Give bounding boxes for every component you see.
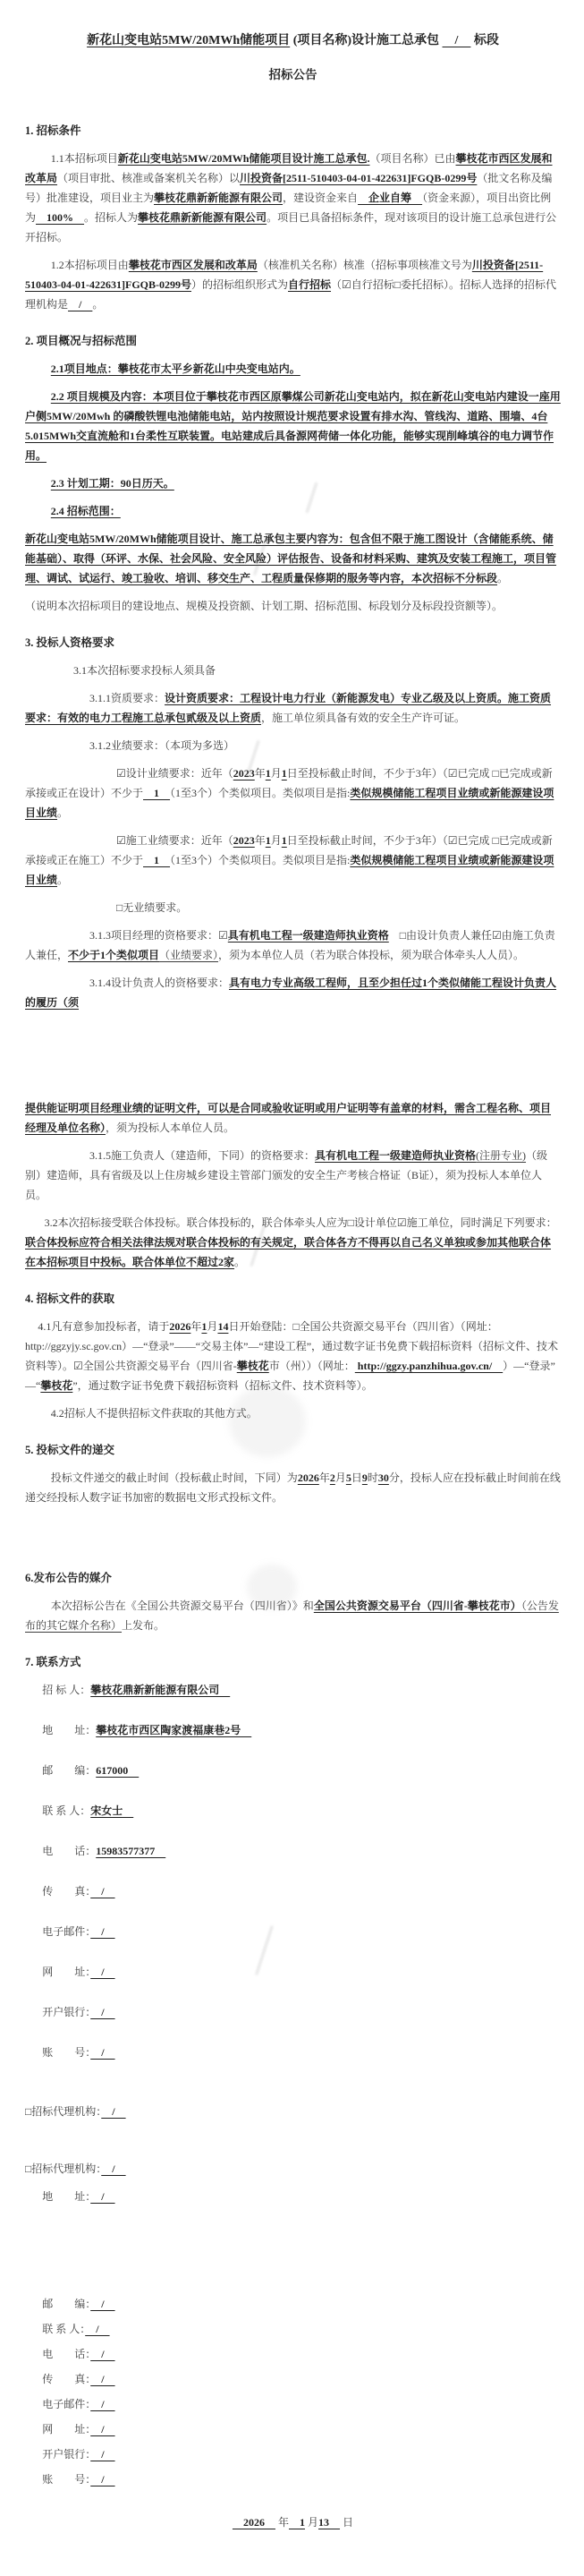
contact-line: 联 系 人：宋女士: [25, 1801, 561, 1821]
text-run: 1.1本招标项目: [51, 152, 118, 165]
filled-blank: 攀枝花鼎新新能源有限公司: [138, 211, 267, 224]
text-run: 4. 招标文件的获取: [25, 1292, 114, 1305]
text-run: 5. 投标文件的递交: [25, 1444, 114, 1456]
text-run: 。: [57, 806, 68, 819]
document-title: 新花山变电站5MW/20MWh储能项目 (项目名称)设计施工总承包 / 标段: [25, 30, 561, 52]
filled-blank: 2023: [233, 767, 255, 780]
filled-blank: 1: [143, 787, 170, 799]
filled-blank: 1: [289, 2516, 305, 2529]
text-run: 年: [190, 1320, 201, 1333]
text-run: 2. 项目概况与招标范围: [25, 335, 137, 347]
filled-blank: 攀枝花: [40, 1379, 72, 1392]
text-run: 时: [368, 1471, 378, 1484]
text-run: (项目名称)设计施工总承包: [290, 34, 442, 47]
filled-blank: 2.1项目地点：攀枝花市太平乡新花山中央变电站内。: [51, 363, 300, 375]
contact-line: 开户银行： /: [25, 2444, 561, 2464]
filled-blank: 2026: [169, 1320, 190, 1333]
text-run: 传 真：: [42, 1885, 90, 1898]
text-run: 月: [271, 767, 282, 780]
filled-blank: /: [90, 1885, 114, 1898]
filled-blank: 联合体投标应符合相关法律法规对联合体投标的有关规定，联合体各方不得再以自己名义单…: [25, 1236, 551, 1268]
filled-blank: 川投资备[2511-510403-04-01-422631]FGQB-0299号: [240, 172, 477, 184]
text-run: 日: [340, 2516, 353, 2529]
text-run: 7. 联系方式: [25, 1656, 81, 1668]
filled-blank: 具有机电工程一级建造师执业资格: [228, 929, 389, 942]
filled-blank: 2.3 计划工期：90日历天。: [51, 477, 174, 490]
paragraph: ☑施工业绩要求：近年（2023年1月1日至投标截止时间，不少于3年）（☑已完成 …: [25, 831, 561, 890]
text-run: 月: [207, 1320, 217, 1333]
paragraph: 4.1凡有意参加投标者，请于2026年1月14日开始登陆：□全国公共资源交易平台…: [25, 1317, 561, 1395]
paragraph: 1.2本招标项目由攀枝花市西区发展和改革局（核准机关名称）核准（招标事项核准文号…: [25, 255, 561, 314]
filled-blank: /: [85, 2323, 109, 2335]
section-heading: 1. 招标条件: [25, 121, 561, 141]
contact-line: 电子邮件： /: [25, 1922, 561, 1941]
filled-blank: 企业自筹: [358, 192, 422, 204]
text-run: 。招标人为: [84, 211, 138, 224]
text-run: 联 系 人：: [42, 1804, 90, 1817]
text-run: 4.2招标人不提供招标文件获取的其他方式。: [51, 1407, 258, 1420]
text-run: 3.1.2业绩要求：（本项为多选）: [89, 739, 234, 752]
text-run: 投标文件递交的截止时间（投标截止时间，下同）为: [51, 1471, 298, 1484]
filled-blank: /: [90, 2190, 114, 2203]
text-run: 邮 编：: [42, 2298, 90, 2310]
text-run: 招 标 人：: [42, 1684, 90, 1696]
filled-blank: 新花山变电站5MW/20MWh储能项目: [87, 34, 290, 47]
text-run: 3.1.4设计负责人的资格要求：: [89, 977, 229, 989]
paragraph: 3.1.5施工负责人（建造师，下同）的资格要求：具有机电工程一级建造师执业资格(…: [25, 1146, 561, 1205]
text-run: 日: [351, 1471, 362, 1484]
filled-blank: /: [90, 2046, 114, 2059]
filled-blank: /: [68, 298, 92, 311]
filled-blank: /: [90, 1925, 114, 1938]
filled-blank: 全国公共资源交易平台（四川省-攀枝花市）: [314, 1599, 521, 1612]
paragraph: 本次招标公告在《全国公共资源交易平台（四川省）》和全国公共资源交易平台（四川省-…: [25, 1596, 561, 1635]
filled-blank: /: [90, 2423, 114, 2435]
section-heading: 3. 投标人资格要求: [25, 633, 561, 653]
underlined-blank: (注册专业): [476, 1149, 526, 1162]
text-run: 1.2本招标项目由: [51, 259, 129, 271]
text-run: 账 号：: [42, 2046, 90, 2059]
text-run: 开户银行：: [42, 2006, 90, 2018]
contact-line: 传 真： /: [25, 2369, 561, 2389]
filled-blank: http://ggzy.panzhihua.gov.cn/: [355, 1360, 503, 1372]
page-gap: [25, 2495, 561, 2500]
filled-blank: 新花山变电站5MW/20MWh储能项目设计施工总承包.: [118, 152, 370, 165]
text-run: 。: [57, 874, 68, 886]
filled-blank: 攀枝花市西区发展和改革局: [129, 259, 258, 271]
text-run: 月: [305, 2516, 318, 2529]
section-heading: 7. 联系方式: [25, 1652, 561, 1672]
text-run: ”，通过数字证书免费下载招标资料（招标文件、技术资料等）。: [72, 1379, 372, 1392]
text-run: 3.2本次招标接受联合体投标。联合体投标的，联合体牵头人应为□设计单位☑施工单位…: [45, 1216, 557, 1229]
text-run: ，须为本单位人员（若为联合体投标，须为联合体牵头人人员）。: [218, 949, 524, 961]
text-run: ，建设资金来自: [283, 192, 358, 204]
paragraph: 4.2招标人不提供招标文件获取的其他方式。: [25, 1403, 561, 1423]
filled-blank: 自行招标: [288, 278, 331, 291]
text-run: 年: [275, 2516, 289, 2529]
tender-announcement-document: 新花山变电站5MW/20MWh储能项目 (项目名称)设计施工总承包 / 标段 招…: [0, 0, 584, 2576]
text-run: （项目审批、核准或备案机关名称）以: [57, 172, 240, 184]
paragraph: 3.1.4设计负责人的资格要求：具有电力专业高级工程师，且至少担任过1个类似储能…: [25, 973, 561, 1012]
paragraph: （说明本次招标项目的建设地点、规模及投资额、计划工期、招标范围、标段划分及标段投…: [25, 596, 561, 616]
text-run: 3.1.1资质要求：: [89, 692, 165, 704]
filled-blank: 宋女士: [90, 1804, 133, 1817]
contact-line: 网 址： /: [25, 2419, 561, 2439]
paragraph: □无业绩要求。: [25, 898, 561, 917]
text-run: 邮 编：: [42, 1764, 96, 1777]
filled-blank: /: [90, 2473, 114, 2486]
contact-line: 联 系 人： /: [25, 2319, 561, 2339]
text-run: 年: [255, 767, 266, 780]
text-run: □招标代理机构：: [25, 2162, 101, 2175]
text-run: 。: [92, 298, 103, 311]
paragraph: 3.2本次招标接受联合体投标。联合体投标的，联合体牵头人应为□设计单位☑施工单位…: [25, 1213, 561, 1272]
paragraph: 2.4 招标范围：: [25, 501, 561, 521]
page-gap: [25, 100, 561, 104]
contact-line: 开户银行： /: [25, 2002, 561, 2022]
text-run: 账 号：: [42, 2473, 90, 2486]
text-run: 市（州））（网址：: [269, 1360, 355, 1372]
text-run: □招标代理机构：: [25, 2105, 101, 2118]
filled-blank: 不少于1个类似项目: [68, 949, 159, 961]
contact-line: 地 址： /: [25, 2187, 561, 2206]
text-run: 地 址：: [42, 2190, 90, 2203]
filled-blank: 13: [318, 2516, 340, 2529]
filled-blank: /: [443, 34, 471, 47]
contact-line: 电子邮件： /: [25, 2394, 561, 2414]
text-run: 网 址：: [42, 1966, 90, 1978]
text-run: （1至3个）个类似项目。类似项目是指:: [170, 854, 350, 866]
filled-blank: 30: [378, 1471, 389, 1484]
text-run: 网 址：: [42, 2423, 90, 2435]
filled-blank: /: [90, 2348, 114, 2360]
contact-line: 电 话： /: [25, 2344, 561, 2364]
filled-blank: 2023: [233, 834, 255, 847]
filled-blank: 攀枝花鼎新新能源有限公司: [90, 1684, 230, 1696]
text-run: 3.1本次招标要求投标人须具备: [73, 664, 216, 677]
paragraph: 3.1.3项目经理的资格要求：☑具有机电工程一级建造师执业资格 □由设计负责人兼…: [25, 925, 561, 965]
section-heading: 2. 项目概况与招标范围: [25, 331, 561, 351]
text-run: 3.1.5施工负责人（建造师，下同）的资格要求：: [89, 1149, 315, 1162]
paragraph: 新花山变电站5MW/20MWh储能项目设计、施工总承包主要内容为：包含但不限于施…: [25, 529, 561, 588]
filled-blank: /: [90, 2006, 114, 2018]
page-gap: [25, 2212, 561, 2294]
filled-blank: /: [90, 2398, 114, 2410]
filled-blank: /: [90, 2448, 114, 2461]
paragraph: 提供能证明项目经理业绩的证明文件，可以是合同或验收证明或用户证明等有盖章的材料，…: [25, 1098, 561, 1138]
contact-line: 网 址： /: [25, 1962, 561, 1982]
text-run: ☑设计业绩要求：近年（: [116, 767, 233, 780]
page-gap: [25, 1020, 561, 1090]
text-run: 电 话：: [42, 2348, 90, 2360]
text-run: 电子邮件：: [42, 1925, 90, 1938]
text-run: 开户银行：: [42, 2448, 90, 2461]
text-run: 电 话：: [42, 1845, 96, 1857]
text-run: 联 系 人：: [42, 2323, 85, 2335]
page-gap: [25, 2129, 561, 2151]
filled-blank: 攀枝花市西区陶家渡福康巷2号: [96, 1724, 251, 1736]
section-heading: 4. 招标文件的获取: [25, 1289, 561, 1309]
text-run: 3. 投标人资格要求: [25, 636, 114, 649]
filled-blank: 攀枝花鼎新新能源有限公司: [154, 192, 283, 204]
text-run: 3.1.3项目经理的资格要求：☑: [89, 929, 228, 942]
contact-line: 电 话：15983577377: [25, 1841, 561, 1861]
filled-blank: 具有机电工程一级建造师执业资格: [315, 1149, 476, 1162]
text-run: ）的招标组织形式为: [191, 278, 288, 291]
paragraph: 3.1.2业绩要求：（本项为多选）: [25, 736, 561, 755]
text-run: □无业绩要求。: [116, 901, 187, 914]
filled-blank: 617000: [96, 1764, 139, 1777]
paragraph: □招标代理机构： /: [25, 2159, 561, 2179]
filled-blank: 2.4 招标范围：: [51, 505, 121, 517]
paragraph: 2.1项目地点：攀枝花市太平乡新花山中央变电站内。: [25, 359, 561, 379]
page-gap: [25, 2083, 561, 2094]
paragraph: □招标代理机构： /: [25, 2102, 561, 2121]
text-run: 。: [497, 572, 508, 584]
filled-blank: 14: [217, 1320, 228, 1333]
text-run: （说明本次招标项目的建设地点、规模及投资额、计划工期、招标范围、标段划分及标段投…: [25, 600, 503, 612]
section-heading: 6.发布公告的媒介: [25, 1568, 561, 1588]
text-run: ，须为投标人本单位人员。: [106, 1122, 234, 1134]
text-run: （核准机关名称）核准（招标事项核准文号为: [258, 259, 472, 271]
text-run: 上发布。: [122, 1619, 165, 1632]
date-line: 2026 年 1 月13 日: [25, 2512, 561, 2532]
filled-blank: 15983577377: [96, 1845, 165, 1857]
page-gap: [25, 1515, 561, 1551]
contact-line: 邮 编： /: [25, 2294, 561, 2314]
text-run: 。: [234, 1256, 245, 1268]
text-run: 本次招标公告在《全国公共资源交易平台（四川省）》和: [51, 1599, 314, 1612]
section-heading: 5. 投标文件的递交: [25, 1440, 561, 1460]
filled-blank: 1: [143, 854, 170, 866]
filled-blank: 2.2 项目规模及内容：本项目位于攀枝花市西区原攀煤公司新花山变电站内，拟在新花…: [25, 390, 561, 462]
underlined-blank: （业绩要求）: [159, 949, 218, 961]
text-run: 1. 招标条件: [25, 124, 81, 137]
text-run: 地 址：: [42, 1724, 96, 1736]
filled-blank: 攀枝花: [237, 1360, 269, 1372]
text-run: 年: [255, 834, 266, 847]
filled-blank: 2026: [233, 2516, 275, 2529]
paragraph: 3.1.1资质要求：设计资质要求：工程设计电力行业（新能源发电）专业乙级及以上资…: [25, 688, 561, 728]
filled-blank: 提供能证明项目经理业绩的证明文件，可以是合同或验收证明或用户证明等有盖章的材料，…: [25, 1102, 551, 1134]
contact-line: 招 标 人：攀枝花鼎新新能源有限公司: [25, 1680, 561, 1700]
text-run: 6.发布公告的媒介: [25, 1572, 112, 1584]
document-subtitle: 招标公告: [25, 64, 561, 86]
text-run: ☑施工业绩要求：近年（: [116, 834, 233, 847]
contact-line: 账 号： /: [25, 2043, 561, 2062]
filled-blank: /: [90, 1966, 114, 1978]
text-run: ，施工单位须具备有效的安全生产许可证。: [261, 712, 465, 724]
text-run: 标段: [470, 34, 499, 47]
contact-line: 邮 编：617000: [25, 1761, 561, 1780]
text-run: 电子邮件：: [42, 2398, 90, 2410]
text-run: 传 真：: [42, 2373, 90, 2385]
filled-blank: /: [101, 2162, 125, 2175]
text-run: 月: [271, 834, 282, 847]
paragraph: ☑设计业绩要求：近年（2023年1月1日至投标截止时间，不少于3年）（☑已完成 …: [25, 763, 561, 823]
text-run: 4.1凡有意参加投标者，请于: [38, 1320, 169, 1333]
paragraph: 2.3 计划工期：90日历天。: [25, 473, 561, 493]
contact-line: 地 址：攀枝花市西区陶家渡福康巷2号: [25, 1720, 561, 1740]
paragraph: 3.1本次招标要求投标人须具备: [25, 661, 561, 680]
filled-blank: /: [90, 2298, 114, 2310]
paragraph: 1.1本招标项目新花山变电站5MW/20MWh储能项目设计施工总承包.（项目名称…: [25, 149, 561, 247]
paragraph: 投标文件递交的截止时间（投标截止时间，下同）为2026年2月5日9时30分，投标…: [25, 1468, 561, 1507]
text-run: （项目名称）已由: [369, 152, 455, 165]
text-run: 年: [319, 1471, 330, 1484]
contact-line: 传 真： /: [25, 1881, 561, 1901]
text-run: （1至3个）个类似项目。类似项目是指:: [170, 787, 350, 799]
filled-blank: /: [90, 2373, 114, 2385]
text-run: 月: [335, 1471, 346, 1484]
filled-blank: 100%: [36, 211, 84, 224]
paragraph: 2.2 项目规模及内容：本项目位于攀枝花市西区原攀煤公司新花山变电站内，拟在新花…: [25, 387, 561, 465]
contact-line: 账 号： /: [25, 2469, 561, 2489]
filled-blank: 新花山变电站5MW/20MWh储能项目设计、施工总承包主要内容为：包含但不限于施…: [25, 533, 556, 584]
filled-blank: /: [101, 2105, 125, 2118]
document-body: 1. 招标条件1.1本招标项目新花山变电站5MW/20MWh储能项目设计施工总承…: [25, 100, 561, 2532]
filled-blank: 2026: [298, 1471, 319, 1484]
